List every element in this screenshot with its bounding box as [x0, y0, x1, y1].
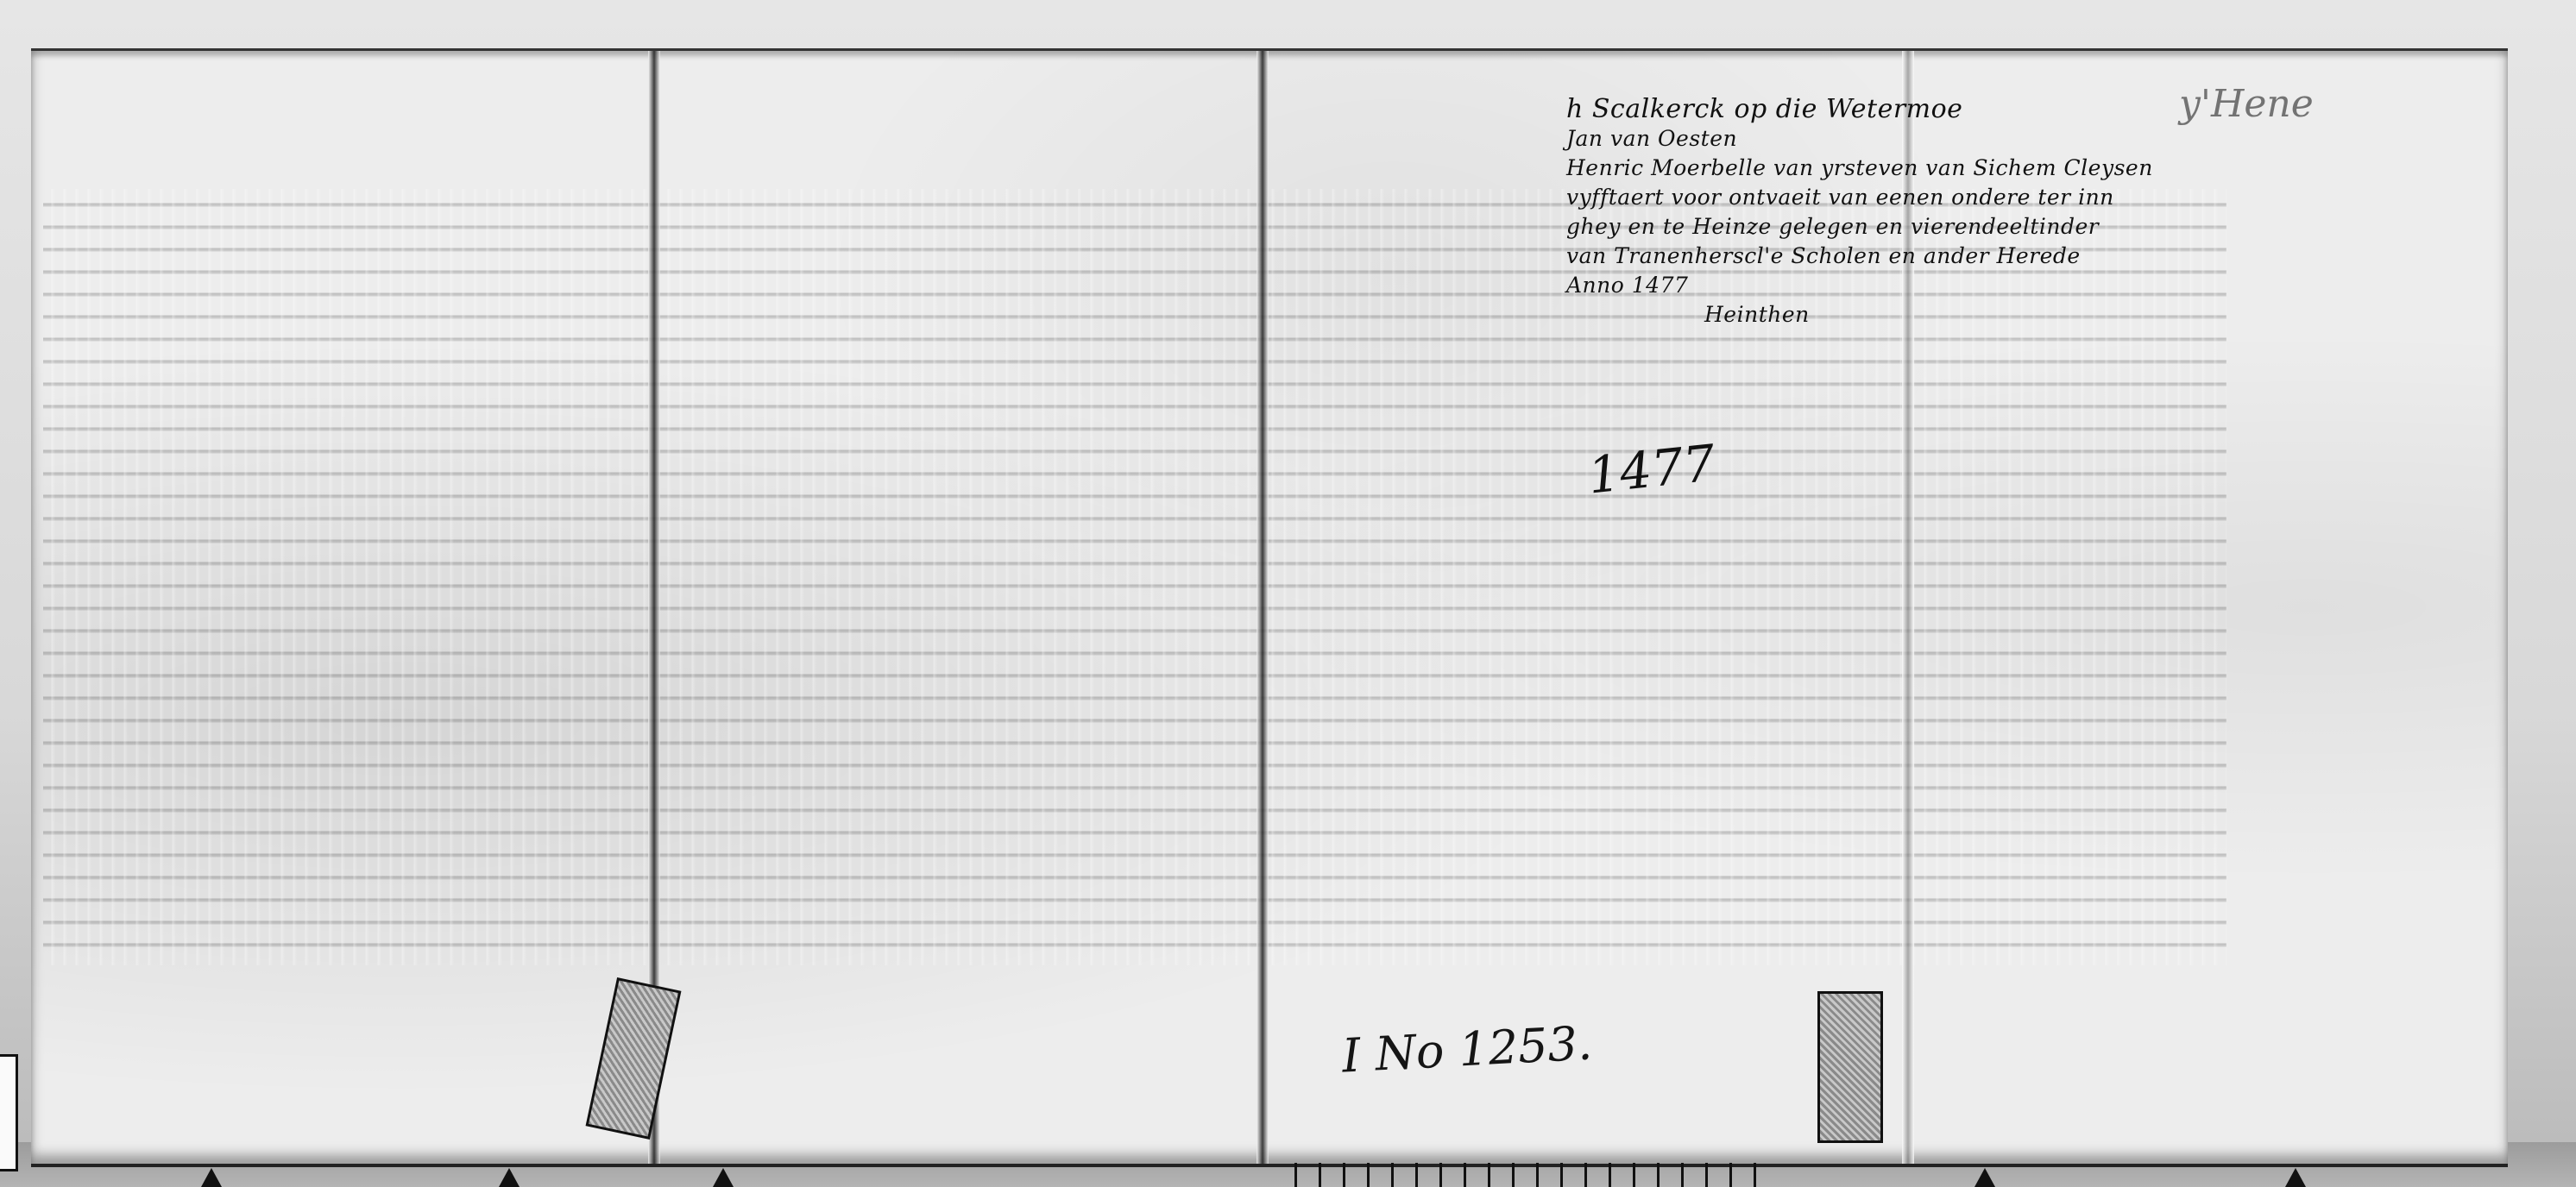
endorsement-line: van Tranenherscl'e Scholen en ander Here… [1566, 242, 1929, 271]
ruler-ticks [1294, 1163, 1778, 1187]
fold-line-2 [1257, 51, 1269, 1164]
photo-scene: h Scalkerck op die Wetermoe Jan van Oest… [0, 0, 2576, 1187]
side-card-edge [0, 1054, 18, 1171]
ruler-marker-icon [499, 1168, 520, 1187]
ruler-marker-icon [201, 1168, 222, 1187]
endorsement-signature: Heinthen [1566, 300, 1929, 330]
ruler-marker-icon [2285, 1168, 2306, 1187]
endorsement-line: Henric Moerbelle van yrsteven van Sichem… [1566, 154, 1929, 183]
seal-tag-left [586, 977, 682, 1140]
ruler-marker-icon [1975, 1168, 1995, 1187]
endorsement-text: h Scalkerck op die Wetermoe Jan van Oest… [1566, 95, 1929, 330]
endorsement-line: h Scalkerck op die Wetermoe [1566, 95, 1929, 124]
endorsement-line: Jan van Oesten [1566, 124, 1929, 154]
corner-mark: y'Hene [2179, 82, 2314, 126]
endorsement-line: ghey en te Heinze gelegen en vierendeelt… [1566, 212, 1929, 242]
endorsement-line: vyfftaert voor ontvaeit van eenen ondere… [1566, 183, 1929, 212]
seal-tag-right [1817, 991, 1883, 1143]
endorsement-line: Anno 1477 [1566, 271, 1929, 300]
ruler-marker-icon [713, 1168, 734, 1187]
parchment-document [31, 48, 2508, 1167]
